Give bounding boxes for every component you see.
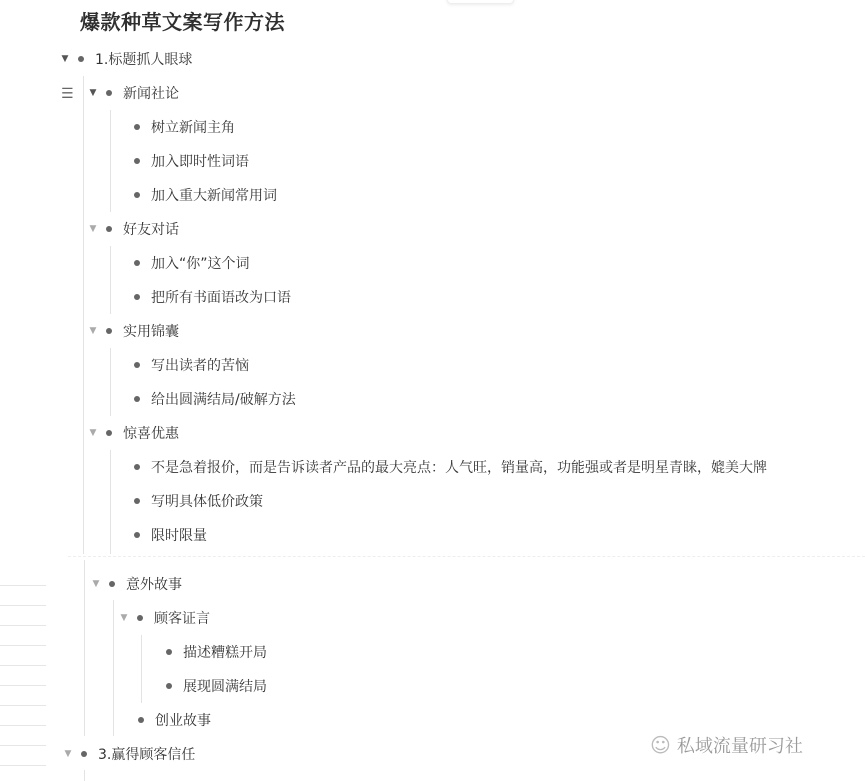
guide-line — [110, 348, 111, 416]
guide-line — [110, 450, 111, 554]
bullet-icon[interactable] — [134, 124, 140, 130]
list-item[interactable]: ▼ 好友对话 — [88, 212, 179, 246]
item-text[interactable]: 不是急着报价，而是告诉读者产品的最大亮点：人气旺，销量高，功能强或者是明星青睐，… — [151, 457, 767, 477]
bullet-icon[interactable] — [166, 649, 172, 655]
item-text[interactable]: 惊喜优惠 — [123, 423, 179, 443]
bullet-icon[interactable] — [166, 683, 172, 689]
left-lines — [0, 566, 46, 781]
list-item[interactable]: 限时限量 — [134, 518, 207, 552]
list-item[interactable]: 把所有书面语改为口语 — [134, 280, 291, 314]
item-text[interactable]: 限时限量 — [151, 525, 207, 545]
guide-line — [83, 76, 84, 554]
item-text[interactable]: 新闻社论 — [123, 83, 179, 103]
collapse-icon[interactable]: ▼ — [119, 613, 129, 623]
list-item[interactable]: ▼ 1.标题抓人眼球 — [60, 42, 192, 76]
list-item[interactable]: 树立新闻主角 — [134, 110, 235, 144]
list-item[interactable]: ▼ 新闻社论 — [88, 76, 179, 110]
guide-line — [110, 110, 111, 212]
bullet-icon[interactable] — [134, 294, 140, 300]
list-item[interactable]: 展现圆满结局 — [166, 669, 267, 703]
collapse-icon[interactable]: ▼ — [60, 54, 70, 64]
item-text[interactable]: 写明具体低价政策 — [151, 491, 263, 511]
list-item[interactable]: 创业故事 — [138, 703, 211, 737]
item-text[interactable]: 创业故事 — [155, 710, 211, 730]
guide-line — [141, 635, 142, 703]
bullet-icon[interactable] — [106, 226, 112, 232]
guide-line — [113, 600, 114, 736]
list-item[interactable]: 加入“你”这个词 — [134, 246, 250, 280]
collapse-icon[interactable]: ▼ — [63, 749, 73, 759]
item-text[interactable]: 树立新闻主角 — [151, 117, 235, 137]
bullet-icon[interactable] — [81, 751, 87, 757]
collapse-icon[interactable]: ▼ — [88, 428, 98, 438]
collapse-icon[interactable]: ▼ — [88, 326, 98, 336]
list-item[interactable]: ▼ 意外故事 — [91, 567, 182, 601]
bullet-icon[interactable] — [78, 56, 84, 62]
item-text[interactable]: 展现圆满结局 — [183, 676, 267, 696]
guide-line — [84, 770, 85, 781]
bullet-icon[interactable] — [106, 430, 112, 436]
bullet-icon[interactable] — [134, 362, 140, 368]
bullet-icon[interactable] — [138, 717, 144, 723]
page-title: 爆款种草文案写作方法 — [80, 6, 285, 35]
list-item[interactable]: ▼ 惊喜优惠 — [88, 416, 179, 450]
bullet-icon[interactable] — [134, 192, 140, 198]
list-item[interactable]: 给出圆满结局/破解方法 — [134, 382, 296, 416]
bullet-icon[interactable] — [134, 464, 140, 470]
item-text[interactable]: 顾客证言 — [154, 608, 210, 628]
bullet-icon[interactable] — [106, 328, 112, 334]
list-item[interactable]: ▼ 顾客证言 — [119, 601, 210, 635]
wechat-icon: ☺ — [650, 733, 671, 757]
collapse-icon[interactable]: ▼ — [91, 579, 101, 589]
list-item[interactable]: 写出读者的苦恼 — [134, 348, 249, 382]
list-item[interactable]: 描述糟糕开局 — [166, 635, 267, 669]
guide-line — [84, 560, 85, 736]
bullet-icon[interactable] — [106, 90, 112, 96]
watermark: ☺ 私域流量研习社 — [650, 732, 803, 758]
item-text[interactable]: 加入重大新闻常用词 — [151, 185, 277, 205]
list-item[interactable]: 加入即时性词语 — [134, 144, 249, 178]
list-item[interactable]: 不是急着报价，而是告诉读者产品的最大亮点：人气旺，销量高，功能强或者是明星青睐，… — [134, 450, 767, 484]
item-text[interactable]: 好友对话 — [123, 219, 179, 239]
list-item[interactable]: 写明具体低价政策 — [134, 484, 263, 518]
list-item[interactable]: ▼ 实用锦囊 — [88, 314, 179, 348]
item-text[interactable]: 把所有书面语改为口语 — [151, 287, 291, 307]
bullet-icon[interactable] — [134, 396, 140, 402]
item-text[interactable]: 3.赢得顾客信任 — [98, 744, 195, 764]
bullet-icon[interactable] — [137, 615, 143, 621]
item-text[interactable]: 加入“你”这个词 — [151, 253, 250, 273]
item-text[interactable]: 1.标题抓人眼球 — [95, 49, 192, 69]
item-text[interactable]: 描述糟糕开局 — [183, 642, 267, 662]
bullet-icon[interactable] — [134, 158, 140, 164]
item-text[interactable]: 给出圆满结局/破解方法 — [151, 389, 296, 409]
watermark-text: 私域流量研习社 — [677, 732, 803, 758]
item-text[interactable]: 加入即时性词语 — [151, 151, 249, 171]
list-item[interactable]: ▼ 3.赢得顾客信任 — [63, 737, 195, 771]
top-toolbar-edge — [447, 0, 514, 4]
list-item[interactable]: 加入重大新闻常用词 — [134, 178, 277, 212]
item-text[interactable]: 写出读者的苦恼 — [151, 355, 249, 375]
collapse-icon[interactable]: ▼ — [88, 88, 98, 98]
drag-handle-icon[interactable]: ☰ — [61, 86, 74, 102]
collapse-icon[interactable]: ▼ — [88, 224, 98, 234]
image-seam — [68, 556, 865, 558]
bullet-icon[interactable] — [134, 532, 140, 538]
bullet-icon[interactable] — [109, 581, 115, 587]
item-text[interactable]: 实用锦囊 — [123, 321, 179, 341]
bullet-icon[interactable] — [134, 260, 140, 266]
guide-line — [110, 246, 111, 314]
item-text[interactable]: 意外故事 — [126, 574, 182, 594]
bullet-icon[interactable] — [134, 498, 140, 504]
